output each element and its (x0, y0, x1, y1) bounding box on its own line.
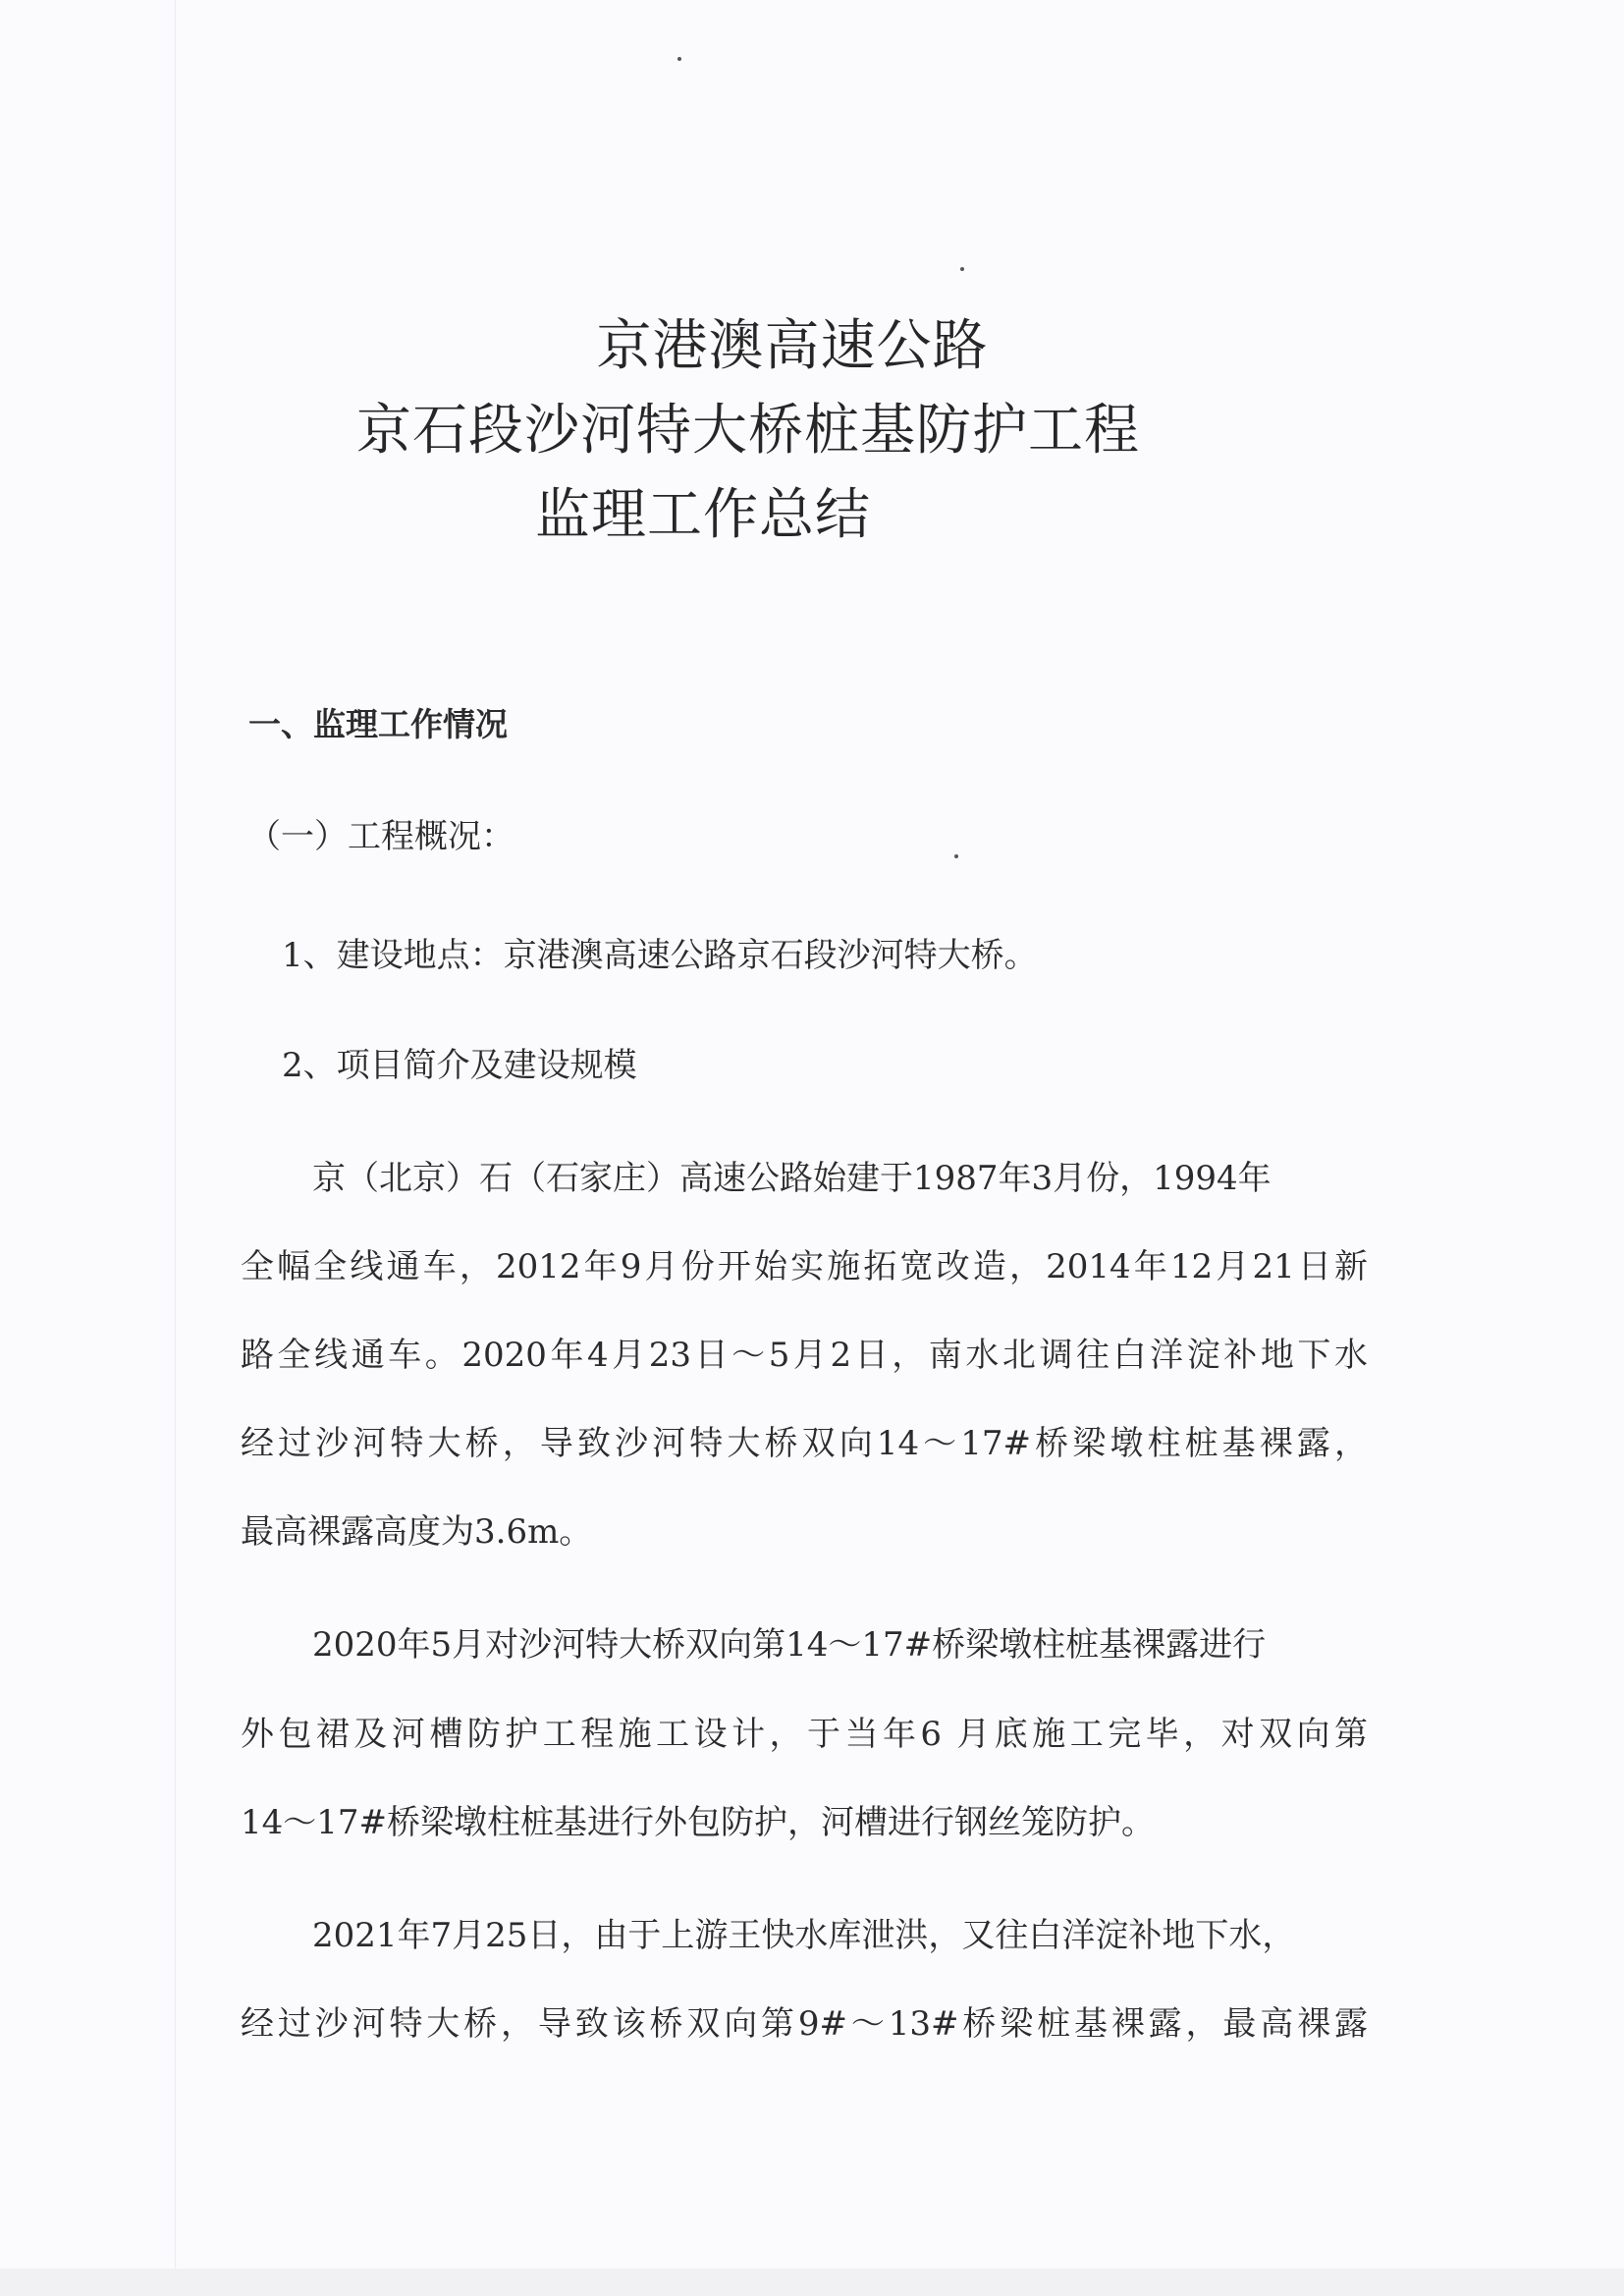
scan-speck (960, 267, 964, 271)
scan-speck (677, 57, 681, 61)
paragraph-1-line-5: 最高裸露高度为3.6m。 (241, 1504, 592, 1553)
title-line-2: 京石段沙河特大桥桩基防护工程 (0, 389, 1624, 473)
paragraph-1-line-1: 京（北京）石（石家庄）高速公路始建于1987年3月份，1994年 (312, 1151, 1380, 1199)
title-line-1: 京港澳高速公路 (0, 304, 1624, 389)
subsection-heading: （一）工程概况： (247, 809, 514, 857)
paragraph-1-line-3: 路全线通车。2020年4月23日～5月2日，南水北调往白洋淀补地下水 (241, 1328, 1368, 1376)
item-project-scale: 2、项目简介及建设规模 (282, 1038, 637, 1086)
scan-speck (954, 854, 958, 858)
paragraph-2-line-1: 2020年5月对沙河特大桥双向第14～17#桥梁墩柱桩基裸露进行 (312, 1617, 1266, 1666)
paragraph-1-line-4: 经过沙河特大桥，导致沙河特大桥双向14～17#桥梁墩柱桩基裸露， (241, 1416, 1368, 1464)
paragraph-3-line-1: 2021年7月25日，由于上游王快水库泄洪，又往白洋淀补地下水， (312, 1908, 1295, 1956)
paragraph-1-line-2: 全幅全线通车，2012年9月份开始实施拓宽改造，2014年12月21日新 (241, 1239, 1368, 1287)
scan-bottom-edge (0, 2269, 1624, 2296)
paragraph-3-line-2: 经过沙河特大桥，导致该桥双向第9#～13#桥梁桩基裸露，最高裸露 (241, 1996, 1368, 2045)
document-title: 京港澳高速公路 京石段沙河特大桥桩基防护工程 监理工作总结 (0, 304, 1624, 558)
item-construction-site: 1、建设地点：京港澳高速公路京石段沙河特大桥。 (282, 928, 1038, 976)
paragraph-text: 京（北京）石（石家庄）高速公路始建于1987年3月份，1994年 (312, 1159, 1272, 1198)
paragraph-2-line-3: 14～17#桥梁墩柱桩基进行外包防护，河槽进行钢丝笼防护。 (241, 1795, 1155, 1843)
document-page: 京港澳高速公路 京石段沙河特大桥桩基防护工程 监理工作总结 一、监理工作情况 （… (0, 0, 1624, 2269)
title-line-3: 监理工作总结 (0, 473, 1624, 558)
paragraph-2-line-2: 外包裙及河槽防护工程施工设计，于当年6 月底施工完毕，对双向第 (241, 1707, 1368, 1755)
section-heading: 一、监理工作情况 (248, 699, 508, 745)
